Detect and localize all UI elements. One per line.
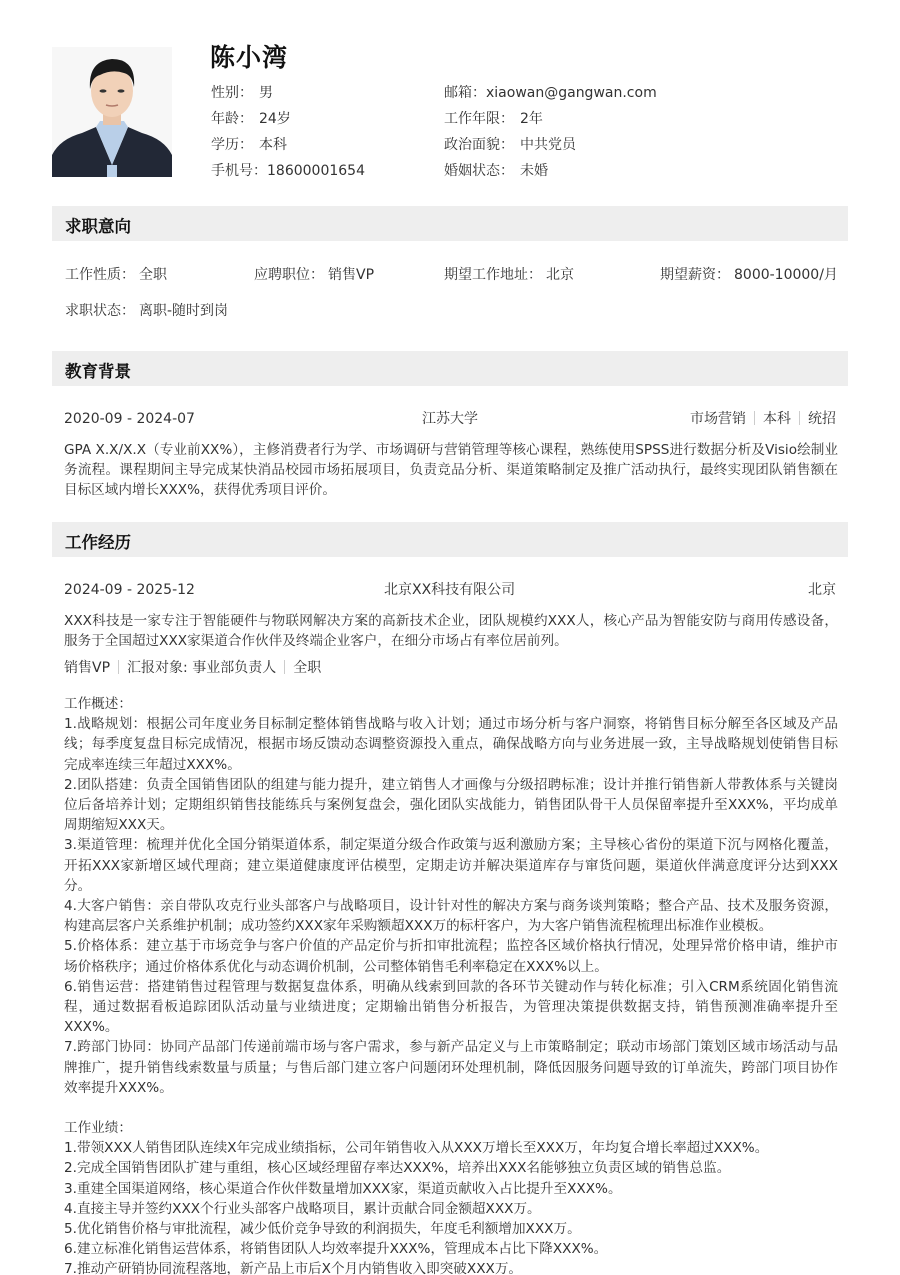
section-header-education: 教育背景 — [52, 351, 848, 386]
overview-item: 3.渠道管理：梳理并优化全国分销渠道体系，制定渠道分级合作政策与返利激励方案；主… — [64, 835, 838, 896]
achievement-item: 3.重建全国渠道网络，核心渠道合作伙伴数量增加XXX家，渠道贡献收入占比提升至X… — [64, 1179, 838, 1199]
spacer — [64, 1098, 838, 1118]
overview-title: 工作概述： — [64, 694, 838, 714]
achievement-item: 2.完成全国销售团队扩建与重组，核心区域经理留存率达XXX%，培养出XXX名能够… — [64, 1158, 838, 1178]
info-value: 中共党员 — [520, 134, 576, 156]
info-label: 政治面貌： — [444, 134, 514, 156]
info-value: 2年 — [520, 108, 543, 130]
section-header-work: 工作经历 — [52, 522, 848, 557]
intention-position: 应聘职位：销售VP — [254, 265, 374, 285]
info-label: 年龄： — [211, 108, 253, 130]
info-education: 学历：本科 — [211, 134, 365, 160]
achievements-title: 工作业绩： — [64, 1118, 838, 1138]
person-portrait-icon — [52, 47, 172, 177]
info-gender: 性别：男 — [211, 82, 365, 108]
info-work-years: 工作年限：2年 — [444, 108, 657, 134]
overview-item: 4.大客户销售：亲自带队攻克行业头部客户与战略项目，设计针对性的解决方案与商务谈… — [64, 896, 838, 936]
divider — [118, 660, 119, 674]
info-email: 邮箱：xiaowan@gangwan.com — [444, 82, 657, 108]
info-value: 未婚 — [520, 160, 548, 182]
work-title: 销售VP — [64, 660, 110, 676]
info-value: 18600001654 — [267, 160, 365, 182]
info-marital-status: 婚姻状态：未婚 — [444, 160, 657, 186]
basic-info-right: 邮箱：xiaowan@gangwan.com 工作年限：2年 政治面貌：中共党员… — [444, 82, 657, 186]
info-label: 婚姻状态： — [444, 160, 514, 182]
intention-status: 求职状态：离职-随时到岗 — [65, 301, 228, 321]
info-age: 年龄：24岁 — [211, 108, 365, 134]
section-header-job-intention: 求职意向 — [52, 206, 848, 241]
field-label: 求职状态： — [65, 303, 135, 319]
field-value: 北京 — [546, 267, 574, 283]
profile-photo — [52, 47, 172, 177]
work-report-to: 汇报对象: 事业部负责人 — [127, 660, 276, 676]
education-enrollment-type: 统招 — [808, 411, 836, 427]
education-period: 2020-09 - 2024-07 — [64, 409, 195, 429]
education-description: GPA X.X/X.X（专业前XX%），主修消费者行为学、市场调研与营销管理等核… — [64, 440, 838, 501]
info-label: 邮箱： — [444, 82, 486, 104]
achievement-item: 5.优化销售价格与审批流程，减少低价竞争导致的利润损失，年度毛利额增加XXX万。 — [64, 1219, 838, 1239]
basic-info-left: 性别：男 年龄：24岁 学历：本科 手机号：18600001654 — [211, 82, 365, 186]
info-value: xiaowan@gangwan.com — [486, 82, 657, 104]
field-value: 离职-随时到岗 — [139, 303, 228, 319]
education-degree: 本科 — [763, 411, 791, 427]
company-intro: XXX科技是一家专注于智能硬件与物联网解决方案的高新技术企业，团队规模约XXX人… — [64, 611, 838, 651]
education-school: 江苏大学 — [422, 409, 478, 429]
info-label: 手机号： — [211, 160, 267, 182]
work-location: 北京 — [808, 580, 836, 600]
work-tags: 销售VP汇报对象: 事业部负责人全职 — [64, 658, 321, 678]
section-title: 工作经历 — [65, 529, 131, 553]
field-label: 工作性质： — [65, 267, 135, 283]
info-value: 本科 — [259, 134, 287, 156]
achievement-item: 7.推动产研销协同流程落地，新产品上市后X个月内销售收入即突破XXX万。 — [64, 1259, 838, 1275]
field-label: 应聘职位： — [254, 267, 324, 283]
divider — [799, 411, 800, 425]
candidate-name: 陈小湾 — [210, 38, 288, 74]
divider — [284, 660, 285, 674]
overview-item: 5.价格体系：建立基于市场竞争与客户价值的产品定价与折扣审批流程；监控各区域价格… — [64, 936, 838, 976]
field-label: 期望薪资： — [660, 267, 730, 283]
intention-work-type: 工作性质：全职 — [65, 265, 167, 285]
info-value: 24岁 — [259, 108, 291, 130]
info-label: 性别： — [211, 82, 253, 104]
info-value: 男 — [259, 82, 273, 104]
work-details: 工作概述： 1.战略规划：根据公司年度业务目标制定整体销售战略与收入计划；通过市… — [64, 694, 838, 1275]
overview-item: 6.销售运营：搭建销售过程管理与数据复盘体系，明确从线索到回款的各环节关键动作与… — [64, 977, 838, 1038]
work-type: 全职 — [293, 660, 321, 676]
field-label: 期望工作地址： — [444, 267, 542, 283]
field-value: 全职 — [139, 267, 167, 283]
info-label: 工作年限： — [444, 108, 514, 130]
work-period: 2024-09 - 2025-12 — [64, 580, 195, 600]
info-political-status: 政治面貌：中共党员 — [444, 134, 657, 160]
education-major: 市场营销 — [690, 411, 746, 427]
divider — [754, 411, 755, 425]
resume-header: 陈小湾 性别：男 年龄：24岁 学历：本科 手机号：18600001654 邮箱… — [0, 0, 900, 190]
field-value: 8000-10000/月 — [734, 267, 838, 283]
achievement-item: 4.直接主导并签约XXX个行业头部客户战略项目，累计贡献合同金额超XXX万。 — [64, 1199, 838, 1219]
achievement-item: 6.建立标准化销售运营体系，将销售团队人均效率提升XXX%，管理成本占比下降XX… — [64, 1239, 838, 1259]
overview-item: 2.团队搭建：负责全国销售团队的组建与能力提升，建立销售人才画像与分级招聘标准；… — [64, 775, 838, 836]
section-title: 求职意向 — [65, 213, 131, 237]
intention-location: 期望工作地址：北京 — [444, 265, 574, 285]
overview-item: 7.跨部门协同：协同产品部门传递前端市场与客户需求，参与新产品定义与上市策略制定… — [64, 1037, 838, 1098]
info-label: 学历： — [211, 134, 253, 156]
intention-salary: 期望薪资：8000-10000/月 — [660, 265, 838, 285]
field-value: 销售VP — [328, 267, 374, 283]
section-title: 教育背景 — [65, 358, 131, 382]
achievement-item: 1.带领XXX人销售团队连续X年完成业绩指标，公司年销售收入从XXX万增长至XX… — [64, 1138, 838, 1158]
work-company: 北京XX科技有限公司 — [384, 580, 515, 600]
education-tags: 市场营销本科统招 — [690, 409, 836, 429]
info-phone: 手机号：18600001654 — [211, 160, 365, 186]
overview-item: 1.战略规划：根据公司年度业务目标制定整体销售战略与收入计划；通过市场分析与客户… — [64, 714, 838, 775]
